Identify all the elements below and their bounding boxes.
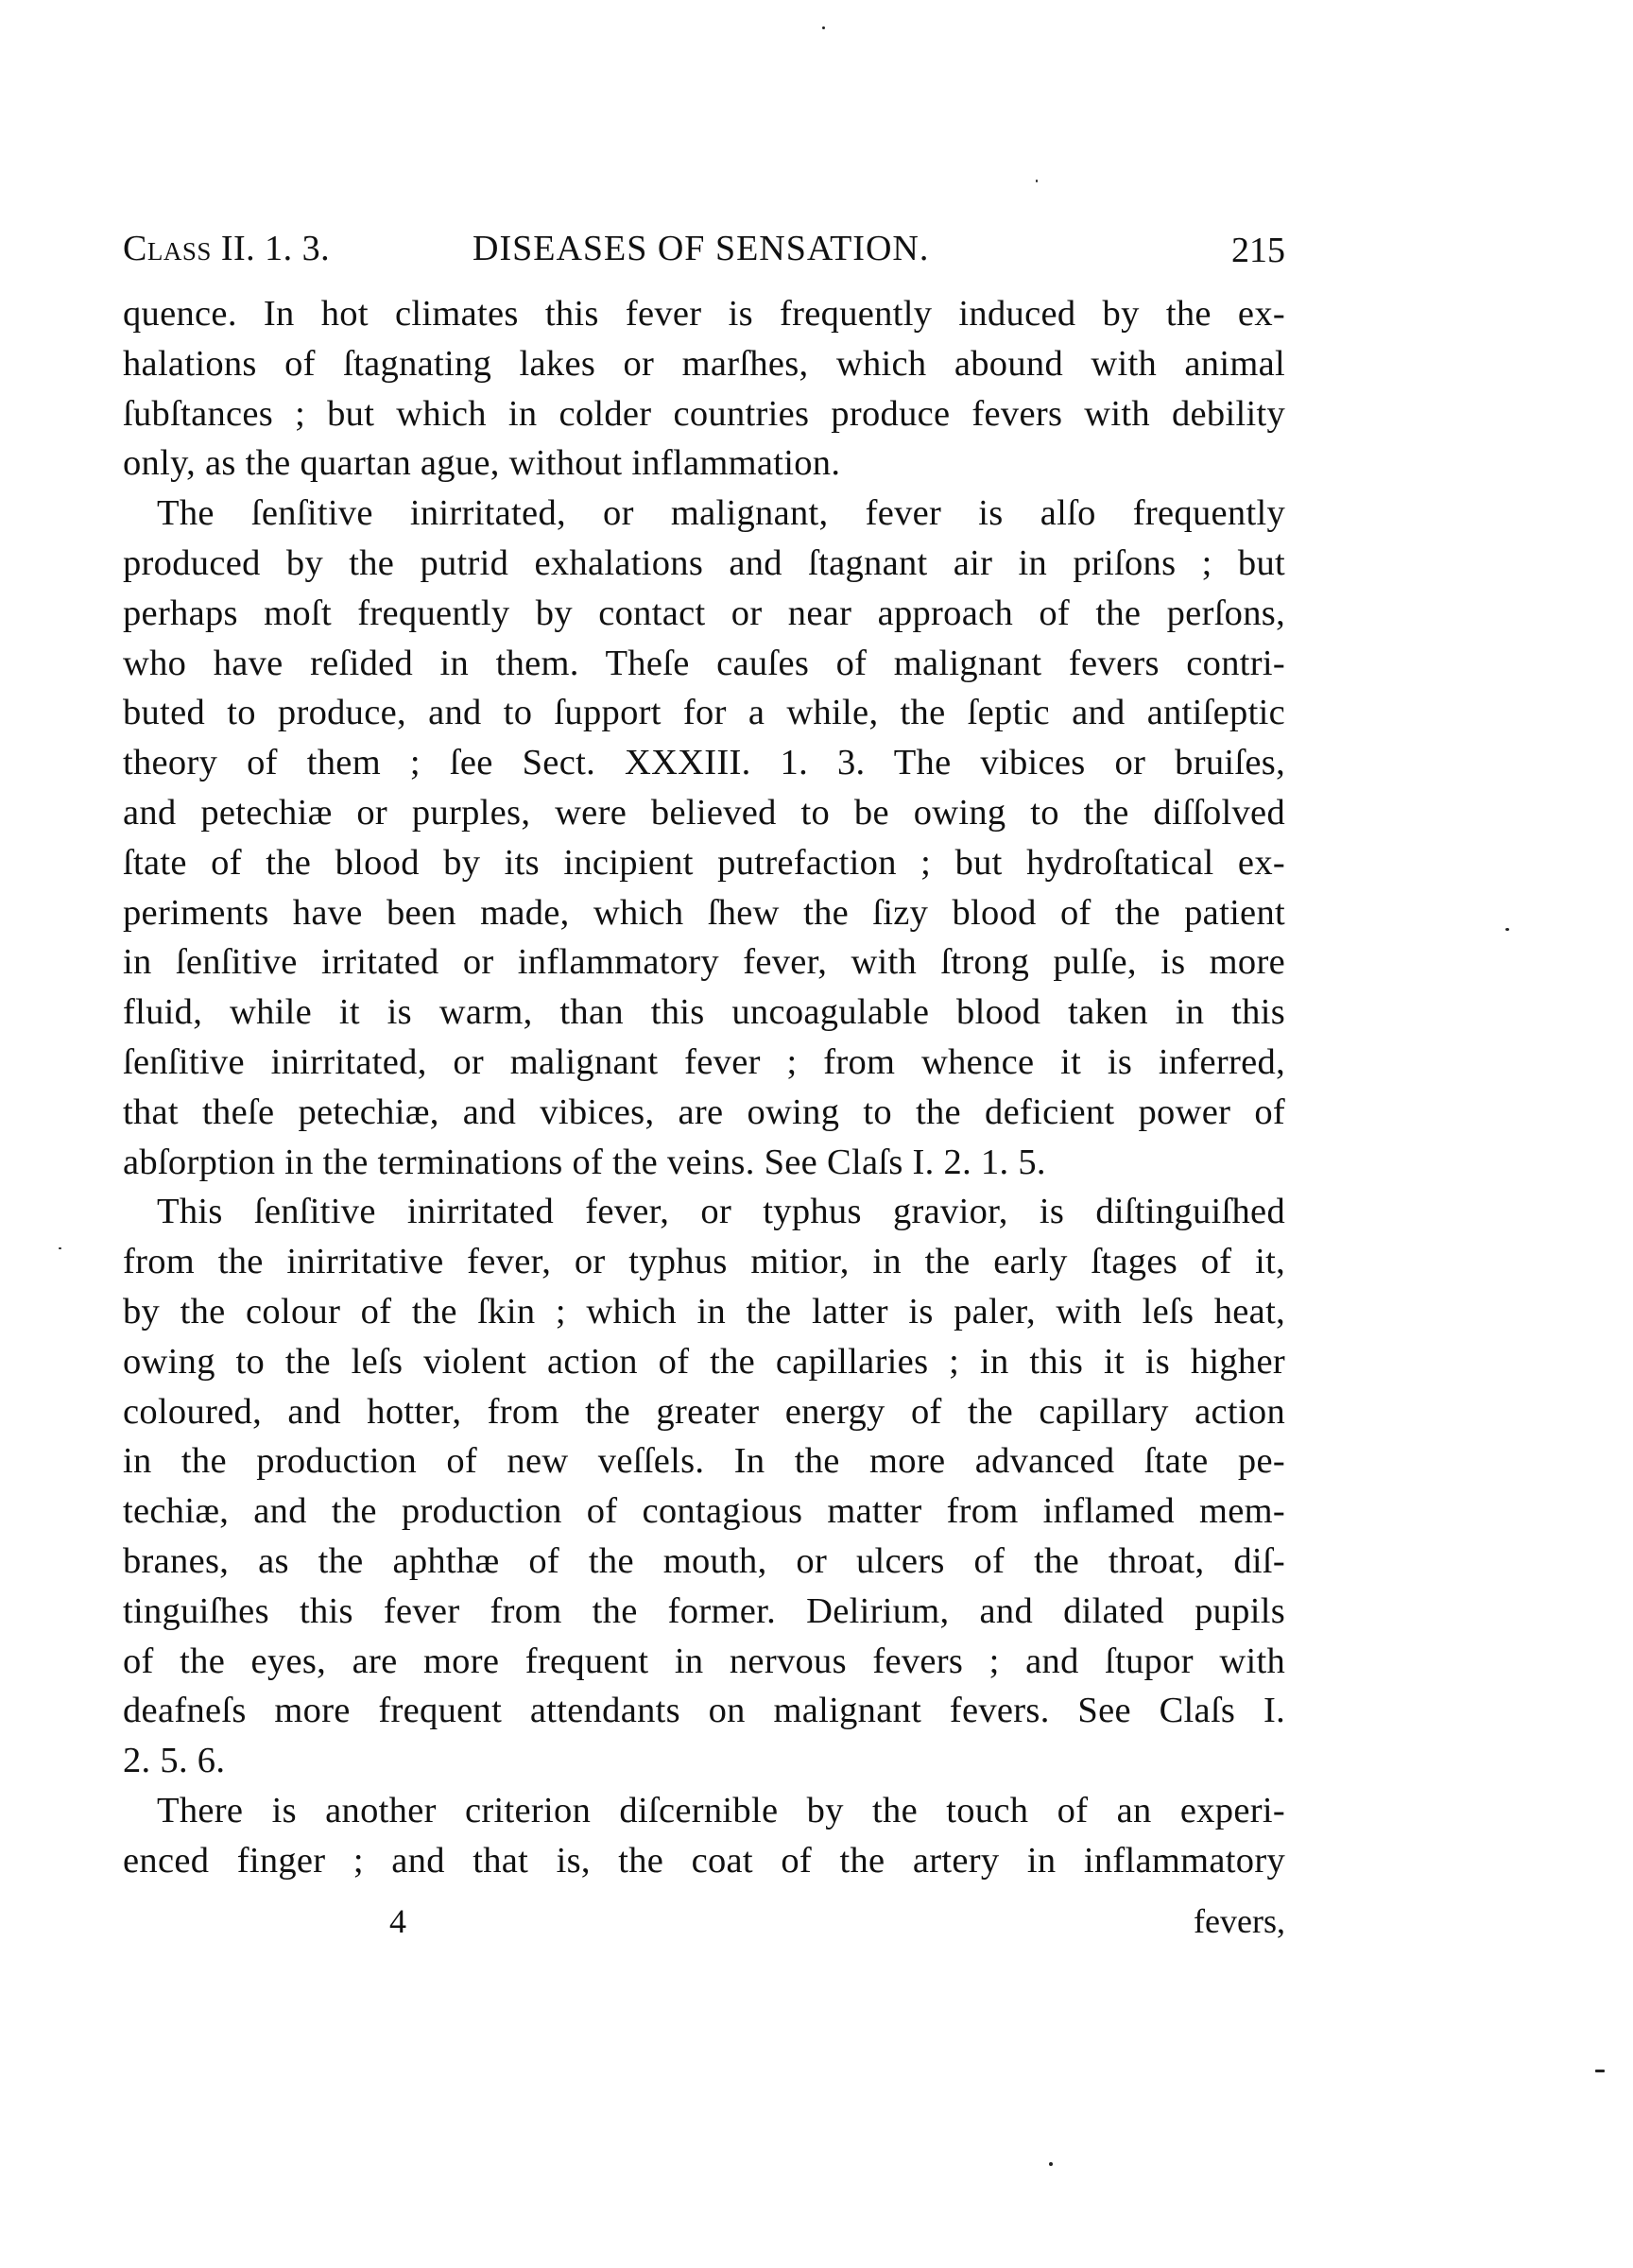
text-line: produced by the putrid exhalations and ſ… (123, 539, 1285, 589)
body-text: quence. In hot climates this fever is fr… (123, 289, 1285, 1886)
print-speck (1505, 928, 1509, 931)
text-line: that theſe petechiæ, and vibices, are ow… (123, 1088, 1285, 1138)
text-line: abſorption in the terminations of the ve… (123, 1138, 1285, 1188)
text-line: owing to the leſs violent action of the … (123, 1337, 1285, 1387)
running-head-section: Class II. 1. 3. (123, 225, 330, 272)
text-line: in the production of new veſſels. In the… (123, 1436, 1285, 1486)
text-line: halations of ſtagnating lakes or marſhes… (123, 339, 1285, 389)
print-speck (822, 26, 825, 29)
book-page: Class II. 1. 3. DISEASES OF SENSATION. 2… (123, 0, 1285, 2268)
text-line: of the eyes, are more frequent in nervou… (123, 1637, 1285, 1687)
text-line: There is another criterion diſcernible b… (123, 1786, 1285, 1836)
text-line: theory of them ; ſee Sect. XXXIII. 1. 3.… (123, 738, 1285, 788)
running-head-title: DISEASES OF SENSATION. (473, 225, 929, 272)
text-line: branes, as the aphthæ of the mouth, or u… (123, 1537, 1285, 1587)
text-line: and petechiæ or purples, were believed t… (123, 788, 1285, 838)
text-line: by the colour of the ſkin ; which in the… (123, 1287, 1285, 1337)
text-line: This ſenſitive inirritated fever, or typ… (123, 1187, 1285, 1237)
text-line: perhaps moſt frequently by contact or ne… (123, 589, 1285, 639)
running-head: Class II. 1. 3. DISEASES OF SENSATION. 2… (123, 225, 1285, 272)
running-head-class-number: II. 1. 3. (212, 229, 330, 268)
text-line: enced finger ; and that is, the coat of … (123, 1836, 1285, 1886)
text-line: fluid, while it is warm, than this uncoa… (123, 988, 1285, 1038)
text-line: 2. 5. 6. (123, 1736, 1285, 1786)
text-line: ſtate of the blood by its incipient putr… (123, 838, 1285, 888)
catchword: fevers, (1194, 1898, 1285, 1945)
text-line: periments have been made, which ſhew the… (123, 888, 1285, 938)
print-speck (59, 1247, 61, 1249)
text-line: The ſenſitive inirritated, or malignant,… (123, 489, 1285, 539)
page-footer: 4 fevers, (123, 1898, 1285, 1945)
text-line: deafneſs more frequent attendants on mal… (123, 1686, 1285, 1736)
text-line: ſenſitive inirritated, or malignant feve… (123, 1038, 1285, 1088)
print-speck (1036, 180, 1038, 182)
text-line: only, as the quartan ague, without infla… (123, 438, 1285, 489)
text-line: in ſenſitive irritated or inflammatory f… (123, 937, 1285, 988)
text-line: who have reſided in them. Theſe cauſes o… (123, 639, 1285, 689)
print-speck (1595, 2070, 1605, 2072)
text-line: quence. In hot climates this fever is fr… (123, 289, 1285, 339)
text-line: tinguiſhes this fever from the former. D… (123, 1587, 1285, 1637)
text-line: buted to produce, and to ſupport for a w… (123, 688, 1285, 738)
signature-mark: 4 (389, 1898, 406, 1945)
text-line: ſubſtances ; but which in colder countri… (123, 389, 1285, 439)
text-line: techiæ, and the production of contagious… (123, 1486, 1285, 1537)
page-number: 215 (1231, 227, 1285, 274)
text-line: from the inirritative fever, or typhus m… (123, 1237, 1285, 1287)
running-head-class-word: Class (123, 229, 212, 268)
text-line: coloured, and hotter, from the greater e… (123, 1387, 1285, 1437)
print-speck (1049, 2162, 1053, 2166)
